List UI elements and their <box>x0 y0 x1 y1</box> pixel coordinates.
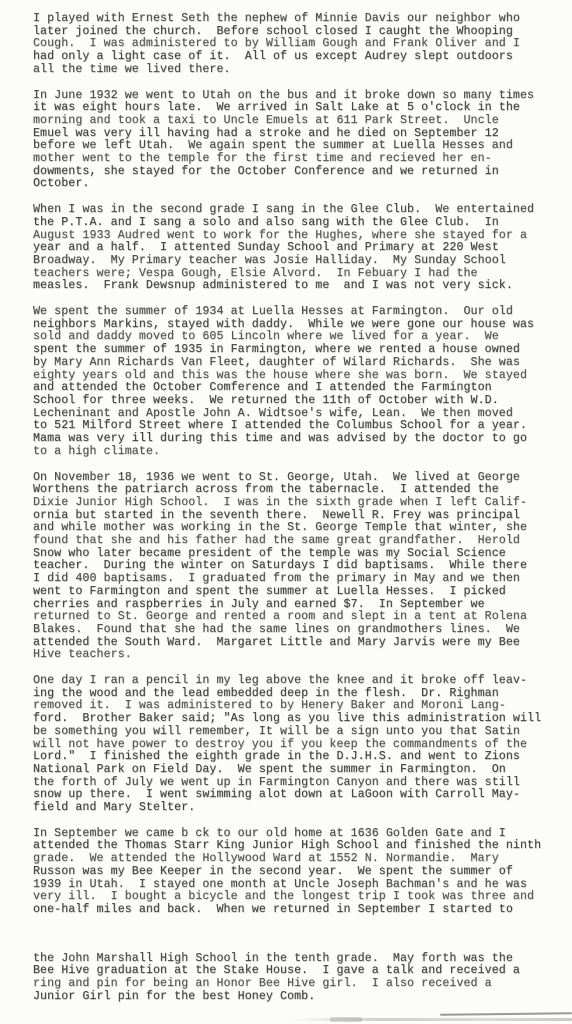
text-line: will not have power to destroy you if yo… <box>33 739 548 752</box>
text-line: Junior Girl pin for the best Honey Comb. <box>33 991 548 1004</box>
text-line: sold and daddy moved to 605 Lincoln wher… <box>33 331 548 344</box>
text-line: mother went to the temple for the first … <box>33 153 548 166</box>
text-line: ring and pin for being an Honor Bee Hive… <box>33 978 548 991</box>
paragraph: When I was in the second grade I sang in… <box>33 204 548 293</box>
text-line: one-half miles and back. When we returne… <box>33 904 548 917</box>
text-line: Worthens the patriarch across from the t… <box>33 484 548 497</box>
text-line: spent the summer of 1935 in Farmington, … <box>33 344 548 357</box>
paragraph: On November 18, 1936 we went to St. Geor… <box>33 472 548 663</box>
document-body: I played with Ernest Seth the nephew of … <box>33 13 548 1017</box>
text-line: August 1933 Audred went to work for the … <box>33 230 548 243</box>
text-line: found that she and his father had the sa… <box>33 535 548 548</box>
text-line: by Mary Ann Richards Van Fleet, daughter… <box>33 357 548 370</box>
text-line: to a high climate. <box>33 446 548 459</box>
text-line: measles. Frank Dewsnup administered to m… <box>33 280 548 293</box>
text-line: all the time we lived there. <box>33 64 548 77</box>
paragraph: I played with Ernest Seth the nephew of … <box>33 13 548 77</box>
text-line: removed it. I was administered to by Hen… <box>33 700 548 713</box>
paragraph: In June 1932 we went to Utah on the bus … <box>33 90 548 192</box>
text-line: be something you will remember, It will … <box>33 726 548 739</box>
text-line: teachers were; Vespa Gough, Elsie Alvord… <box>33 268 548 281</box>
text-line: had only a light case of it. All of us e… <box>33 51 548 64</box>
text-line: In June 1932 we went to Utah on the bus … <box>33 90 548 103</box>
paragraph: the John Marshall High School in the ten… <box>33 953 548 1004</box>
text-line: went to Farmington and spent the summer … <box>33 586 548 599</box>
text-line: I did 400 baptisams. I graduated from th… <box>33 573 548 586</box>
text-line: Russon was my Bee Keeper in the second y… <box>33 866 548 879</box>
text-line: Blakes. Found that she had the same line… <box>33 624 548 637</box>
text-line: Cough. I was administered to by William … <box>33 38 548 51</box>
text-line: grade. We attended the Hollywood Ward at… <box>33 853 548 866</box>
text-line: Lecheninant and Apostle John A. Widtsoe'… <box>33 408 548 421</box>
text-line: field and Mary Stelter. <box>33 802 548 815</box>
text-line: One day I ran a pencil in my leg above t… <box>33 675 548 688</box>
text-line: When I was in the second grade I sang in… <box>33 204 548 217</box>
text-line: I played with Ernest Seth the nephew of … <box>33 13 548 26</box>
text-line: October. <box>33 178 548 191</box>
text-line: Dixie Junior High School. I was in the s… <box>33 497 548 510</box>
text-line: ford. Brother Baker said; "As long as yo… <box>33 713 548 726</box>
text-line: very ill. I bought a bicycle and the lon… <box>33 891 548 904</box>
paragraph: One day I ran a pencil in my leg above t… <box>33 675 548 815</box>
text-line: the forth of July we went up in Farmingt… <box>33 777 548 790</box>
text-line: eighty years old and this was the house … <box>33 370 548 383</box>
text-line: dowments, she stayed for the October Con… <box>33 166 548 179</box>
text-line: morning and took a taxi to Uncle Emuels … <box>33 115 548 128</box>
text-line: Hive teachers. <box>33 649 548 662</box>
text-line: School for three weeks. We returned the … <box>33 395 548 408</box>
paragraph: We spent the summer of 1934 at Luella He… <box>33 306 548 458</box>
text-line: the P.T.A. and I sang a solo and also sa… <box>33 217 548 230</box>
text-line: Broadway. My Primary teacher was Josie H… <box>33 255 548 268</box>
text-line: the John Marshall High School in the ten… <box>33 953 548 966</box>
text-line: National Park on Field Day. We spent the… <box>33 764 548 777</box>
scanned-document-page: I played with Ernest Seth the nephew of … <box>0 0 572 1024</box>
scan-artifact-smudge <box>330 1017 362 1022</box>
text-line: Mama was very ill during this time and w… <box>33 433 548 446</box>
paragraph: In September we came b ck to our old hom… <box>33 828 548 917</box>
text-line: On November 18, 1936 we went to St. Geor… <box>33 472 548 485</box>
text-line: In September we came b ck to our old hom… <box>33 828 548 841</box>
text-line: We spent the summer of 1934 at Luella He… <box>33 306 548 319</box>
